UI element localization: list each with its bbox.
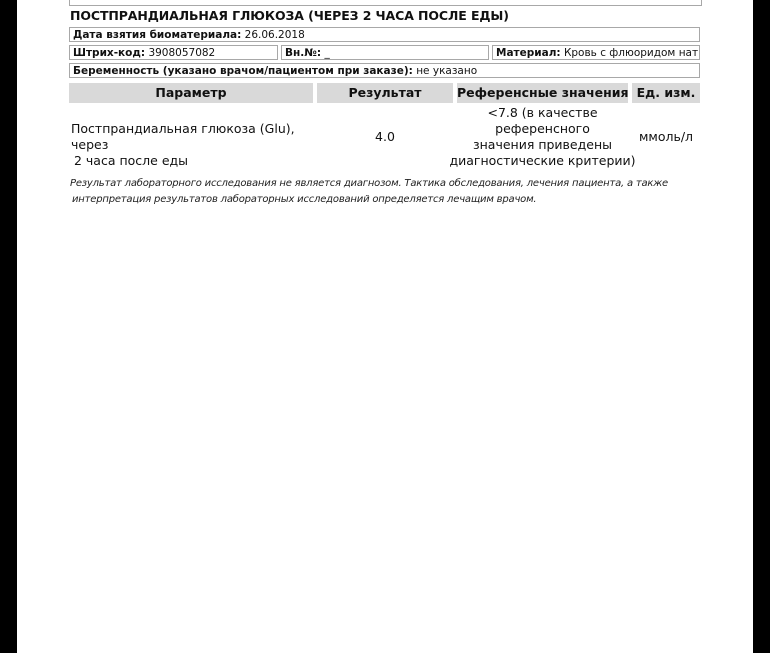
header-reference: Референсные значения [457, 83, 628, 103]
pregnancy-field: Беременность (указано врачом/пациентом п… [69, 63, 700, 78]
parameter-line-2: 2 часа после еды [71, 153, 321, 169]
barcode-value: 3908057082 [148, 47, 215, 59]
material-field: Материал: Кровь с флюоридом натрия [492, 45, 700, 60]
sample-date-field: Дата взятия биоматериала: 26.06.2018 [69, 27, 700, 42]
pregnancy-label: Беременность (указано врачом/пациентом п… [73, 65, 413, 77]
barcode-label: Штрих-код: [73, 47, 145, 59]
unit-cell: ммоль/л [632, 129, 700, 145]
internal-number-label: Вн.№: [285, 47, 321, 59]
parameter-cell: Постпрандиальная глюкоза (Glu), через 2 … [71, 121, 321, 169]
internal-number-field: Вн.№: _ [281, 45, 489, 60]
test-title: ПОСТПРАНДИАЛЬНАЯ ГЛЮКОЗА (ЧЕРЕЗ 2 ЧАСА П… [70, 8, 509, 23]
header-unit: Ед. изм. [632, 83, 700, 103]
reference-cell: <7.8 (в качестве референсного значения п… [445, 105, 640, 169]
sample-date-value: 26.06.2018 [245, 29, 305, 41]
sample-date-label: Дата взятия биоматериала: [73, 29, 241, 41]
reference-line-1: <7.8 (в качестве [445, 105, 640, 121]
header-parameter: Параметр [69, 83, 313, 103]
reference-line-3: значения приведены [445, 137, 640, 153]
disclaimer-line-1: Результат лабораторного исследования не … [70, 176, 670, 192]
disclaimer: Результат лабораторного исследования не … [70, 176, 670, 207]
result-cell: 4.0 [317, 129, 453, 145]
reference-line-4: диагностические критерии) [445, 153, 640, 169]
disclaimer-line-2: интерпретация результатов лабораторных и… [70, 192, 670, 208]
report-page: … ПОСТПРАНДИАЛЬНАЯ ГЛЮКОЗА (ЧЕРЕЗ 2 ЧАСА… [17, 0, 753, 653]
barcode-field: Штрих-код: 3908057082 [69, 45, 278, 60]
previous-section-cut-row: … [69, 0, 702, 6]
pregnancy-value: не указано [416, 65, 477, 77]
parameter-line-1: Постпрандиальная глюкоза (Glu), через [71, 121, 321, 153]
material-value: Кровь с флюоридом натрия [564, 47, 700, 59]
material-label: Материал: [496, 47, 561, 59]
header-result: Результат [317, 83, 453, 103]
reference-line-2: референсного [445, 121, 640, 137]
internal-number-value: _ [324, 47, 329, 59]
